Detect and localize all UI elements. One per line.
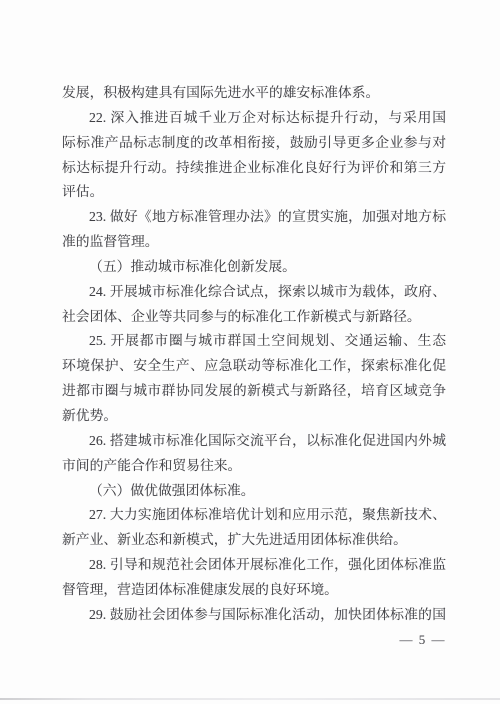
text-line: 市间的产能合作和贸易往来。 [62,454,446,479]
text-line: 评估。 [62,180,446,205]
text-line: 社会团体、企业等共同参与的标准化工作新模式与新路径。 [62,305,446,330]
text-line: 25. 开展都市圈与城市群国土空间规划、交通运输、生态 [62,329,446,354]
text-line: 督管理，营造团体标准健康发展的良好环境。 [62,578,446,603]
text-line: 24. 开展城市标准化综合试点，探索以城市为载体，政府、 [62,280,446,305]
text-line: 26. 搭建城市标准化国际交流平台，以标准化促进国内外城 [62,429,446,454]
text-line: 标达标提升行动。持续推进企业标准化良好行为评价和第三方 [62,156,446,181]
body-text: 发展，积极构建具有国际先进水平的雄安标准体系。22. 深入推进百城千业万企对标达… [62,81,446,628]
text-line: 23. 做好《地方标准管理办法》的宣贯实施，加强对地方标 [62,205,446,230]
text-line: 27. 大力实施团体标准培优计划和应用示范，聚焦新技术、 [62,503,446,528]
text-line: 环境保护、安全生产、应急联动等标准化工作，探索标准化促 [62,354,446,379]
text-line: 进都市圈与城市群协同发展的新模式与新路径，培育区域竞争 [62,379,446,404]
text-line: （五）推动城市标准化创新发展。 [62,255,446,280]
text-line: 22. 深入推进百城千业万企对标达标提升行动，与采用国 [62,106,446,131]
text-line: 新优势。 [62,404,446,429]
text-line: 发展，积极构建具有国际先进水平的雄安标准体系。 [62,81,446,106]
text-line: 29. 鼓励社会团体参与国际标准化活动，加快团体标准的国 [62,603,446,628]
text-line: 新产业、新业态和新模式，扩大先进适用团体标准供给。 [62,528,446,553]
page-number: — 5 — [62,627,446,652]
document-page: 发展，积极构建具有国际先进水平的雄安标准体系。22. 深入推进百城千业万企对标达… [0,0,500,704]
text-line: 际标准产品标志制度的改革相衔接，鼓励引导更多企业参与对 [62,131,446,156]
text-line: 28. 引导和规范社会团体开展标准化工作，强化团体标准监 [62,553,446,578]
text-line: 准的监督管理。 [62,230,446,255]
text-line: （六）做优做强团体标准。 [62,479,446,504]
page-bottom-edge [0,698,500,700]
